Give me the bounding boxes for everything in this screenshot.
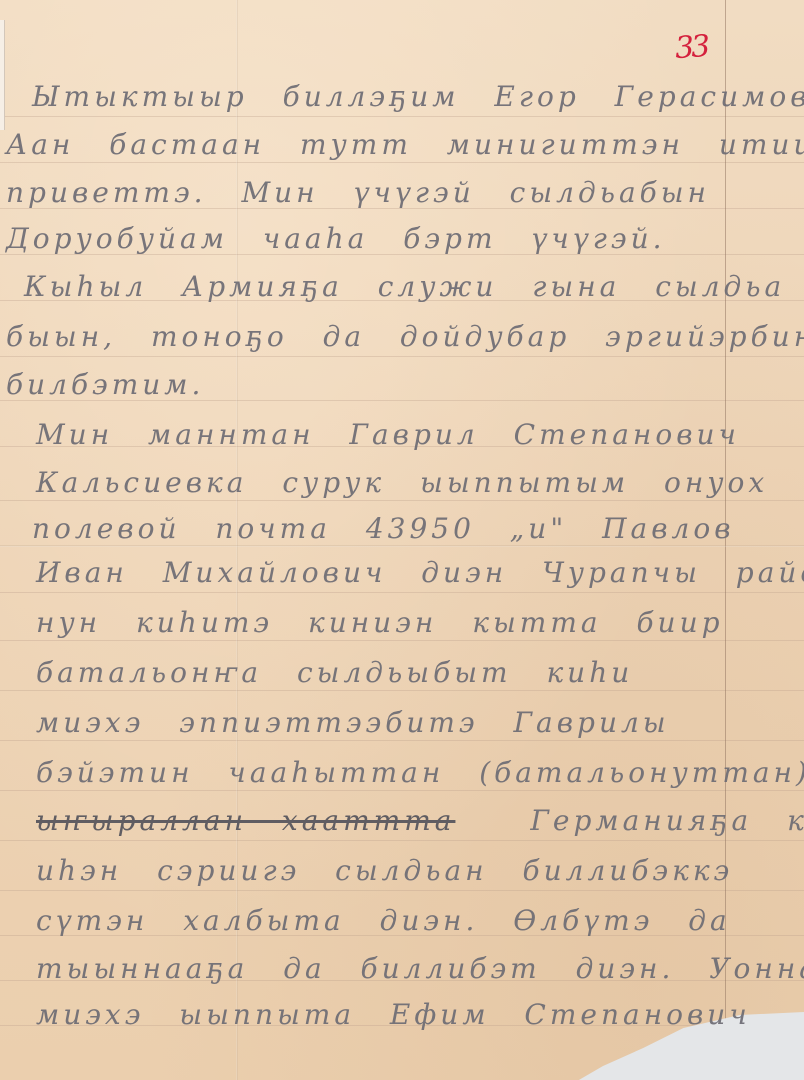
ruled-line [0,162,804,163]
letter-line: Доруобуйам чааһа бэрт үчүгэй. [6,222,666,255]
ruled-line [0,356,804,357]
letter-line: Кальсиевка сурук ыыппытым онуох [36,466,768,499]
letter-line-continuation: Германияҕа киирэн [530,804,804,837]
ruled-line [0,890,804,891]
letter-line: Аан бастаан тутт минигиттэн итии [6,128,804,161]
struck-through-text: ыҥыраллан хааттта [36,804,455,837]
letter-line: Мин маннтан Гаврил Степанович [36,418,740,451]
letter-line: билбэтим. [6,368,204,401]
letter-line: ыҥыраллан хааттта Германияҕа киирэн [36,804,804,837]
ruled-line [0,592,804,593]
letter-line: Кыһыл Армияҕа служи гына сылдьа [24,270,785,303]
archive-page-number: 33 [674,29,709,66]
letter-line: Иван Михайлович диэн Чурапчы райо [36,556,804,589]
letter-line: миэхэ эппиэттээбитэ Гаврилы [36,706,670,739]
ruled-line [0,500,804,501]
ruled-line [0,840,804,841]
ruled-line [0,690,804,691]
horizontal-fold-crease [0,545,804,547]
letter-line: тыыннааҕа да биллибэт диэн. Уонна [36,952,804,985]
ruled-line [0,740,804,741]
letter-line: миэхэ ыыппыта Ефим Степанович [36,998,751,1031]
paper-edge-strip [0,20,5,130]
letter-line: сүтэн халбыта диэн. Өлбүтэ да [36,904,731,937]
letter-line: полевой почта 43950 „и" Павлов [32,512,735,545]
letter-line: батальонҥа сылдьыбыт киһи [36,656,633,689]
letter-line: приветтэ. Мин үчүгэй сылдьабын [6,176,710,209]
ruled-line [0,790,804,791]
letter-line: бэйэтин чааһыттан (батальонуттан) [36,756,804,789]
letter-line: быын, тоноҕо да дойдубар эргийэрбин [6,320,804,353]
letter-line: иһэн сэриигэ сылдьан биллибэккэ [36,854,733,887]
ruled-line [0,116,804,117]
letter-line: нун киһитэ киниэн кытта биир [36,606,724,639]
letter-line: Ытыктыыр биллэҕим Егор Герасимович! [32,80,804,113]
ruled-line [0,640,804,641]
